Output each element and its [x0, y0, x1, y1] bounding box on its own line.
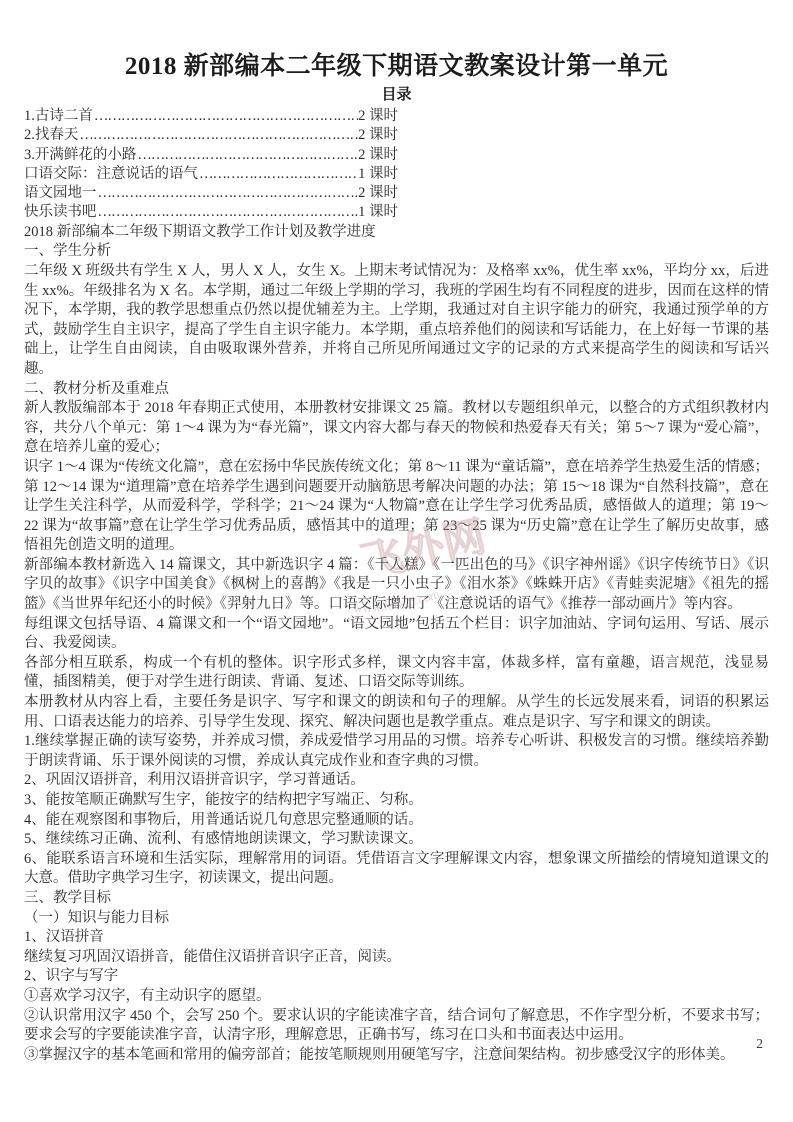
toc-item-duration: 2 课时 [358, 107, 398, 126]
paragraph: 本册教材从内容上看，主要任务是识字、写字和课文的朗读和句子的理解。从学生的长远发… [24, 693, 769, 732]
toc-item: 快乐读书吧……………………………………………………………………………………………… [24, 203, 398, 222]
toc-leader-dots: ………………………………………………………………………………………………………… [136, 146, 358, 165]
toc-leader-dots: ………………………………………………………………………………………………………… [97, 203, 359, 222]
paragraph: 二年级 X 班级共有学生 X 人，男人 X 人，女生 X。上期末考试情况为：及格… [24, 262, 769, 380]
toc-item: 2.找春天……………………………………………………………………………………………… [24, 126, 398, 145]
paragraph: 新人教版编部本于 2018 年春期正式使用，本册教材安排课文 25 篇。教材以专… [24, 399, 769, 458]
toc-item-label: 语文园地一 [24, 184, 97, 203]
toc-item: 3.开满鲜花的小路…………………………………………………………………………………… [24, 146, 398, 165]
paragraph: 1、汉语拼音 [24, 928, 769, 948]
toc-item-duration: 2 课时 [358, 146, 398, 165]
toc-item-duration: 2 课时 [358, 184, 398, 203]
toc-leader-dots: ………………………………………………………………………………………………………… [198, 165, 358, 184]
paragraph: 2、识字与写字 [24, 967, 769, 987]
paragraph: 2、巩固汉语拼音，利用汉语拼音识字，学习普通话。 [24, 771, 769, 791]
page-number: 2 [756, 1036, 763, 1052]
paragraph: 三、教学目标 [24, 889, 769, 909]
page-title: 2018 新部编本二年级下期语文教案设计第一单元 [0, 50, 793, 84]
paragraph: 6、能联系语言环境和生活实际，理解常用的词语。凭借语言文字理解课文内容，想象课文… [24, 850, 769, 889]
paragraph: （一）知识与能力目标 [24, 909, 769, 929]
paragraph: 各部分相互联系，构成一个有机的整体。识字形式多样，课文内容丰富，体裁多样，富有童… [24, 654, 769, 693]
paragraph: 每组课文包括导语、4 篇课文和一个“语文园地”。“语文园地”包括五个栏目：识字加… [24, 615, 769, 654]
toc-item-duration: 1 课时 [358, 203, 398, 222]
toc-item-label: 3.开满鲜花的小路 [24, 146, 136, 165]
toc-item-label: 快乐读书吧 [24, 203, 97, 222]
paragraph: 识字 1～4 课为“传统文化篇”，意在宏扬中华民族传统文化；第 8～11 课为“… [24, 458, 769, 556]
toc-item-label: 口语交际：注意说话的语气 [24, 165, 198, 184]
toc-item: 语文园地一……………………………………………………………………………………………… [24, 184, 398, 203]
paragraph: ①喜欢学习汉字，有主动识字的愿望。 [24, 987, 769, 1007]
paragraph: 1.继续掌握正确的读写姿势，并养成习惯，养成爱惜学习用品的习惯。培养专心听讲、积… [24, 732, 769, 771]
document-page: 2018 新部编本二年级下期语文教案设计第一单元 目录 1.古诗二首 ……………… [0, 0, 793, 1122]
body-paragraphs: 2018 新部编本二年级下期语文教学工作计划及教学进度一、学生分析二年级 X 班… [0, 223, 793, 1066]
paragraph: 一、学生分析 [24, 242, 769, 262]
toc-leader-dots: ………………………………………………………………………………………………………… [93, 107, 358, 126]
toc-list: 1.古诗二首 ………………………………………………………………………………………… [24, 107, 398, 223]
toc-heading: 目录 [0, 85, 793, 105]
paragraph: 4、能在观察图和事物后，用普通话说几句意思完整通顺的话。 [24, 811, 769, 831]
toc-leader-dots: ………………………………………………………………………………………………………… [78, 126, 358, 145]
paragraph: 新部编本教材新选入 14 篇课文，其中新选识字 4 篇：《千人糕》《一匹出色的马… [24, 556, 769, 615]
paragraph: 继续复习巩固汉语拼音，能借住汉语拼音识字正音，阅读。 [24, 948, 769, 968]
toc-item-duration: 1 课时 [358, 165, 398, 184]
toc-leader-dots: ………………………………………………………………………………………………………… [97, 184, 359, 203]
toc-item-label: 2.找春天 [24, 126, 78, 145]
toc-item-label: 1.古诗二首 [24, 107, 93, 126]
paragraph: 2018 新部编本二年级下期语文教学工作计划及教学进度 [24, 223, 769, 243]
paragraph: 二、教材分析及重难点 [24, 380, 769, 400]
paragraph: ②认识常用汉字 450 个，会写 250 个。要求认识的字能读准字音，结合词句了… [24, 1007, 769, 1046]
paragraph: 3、能按笔顺正确默写生字，能按字的结构把字写端正、匀称。 [24, 791, 769, 811]
paragraph: 5、继续练习正确、流利、有感情地朗读课文，学习默读课文。 [24, 830, 769, 850]
toc-item: 1.古诗二首 ………………………………………………………………………………………… [24, 107, 398, 126]
toc-item: 口语交际：注意说话的语气…………………………………………………………………………… [24, 165, 398, 184]
paragraph: ③掌握汉字的基本笔画和常用的偏旁部首；能按笔顺规则用硬笔写字，注意间架结构。初步… [24, 1046, 769, 1066]
toc-item-duration: 2 课时 [358, 126, 398, 145]
